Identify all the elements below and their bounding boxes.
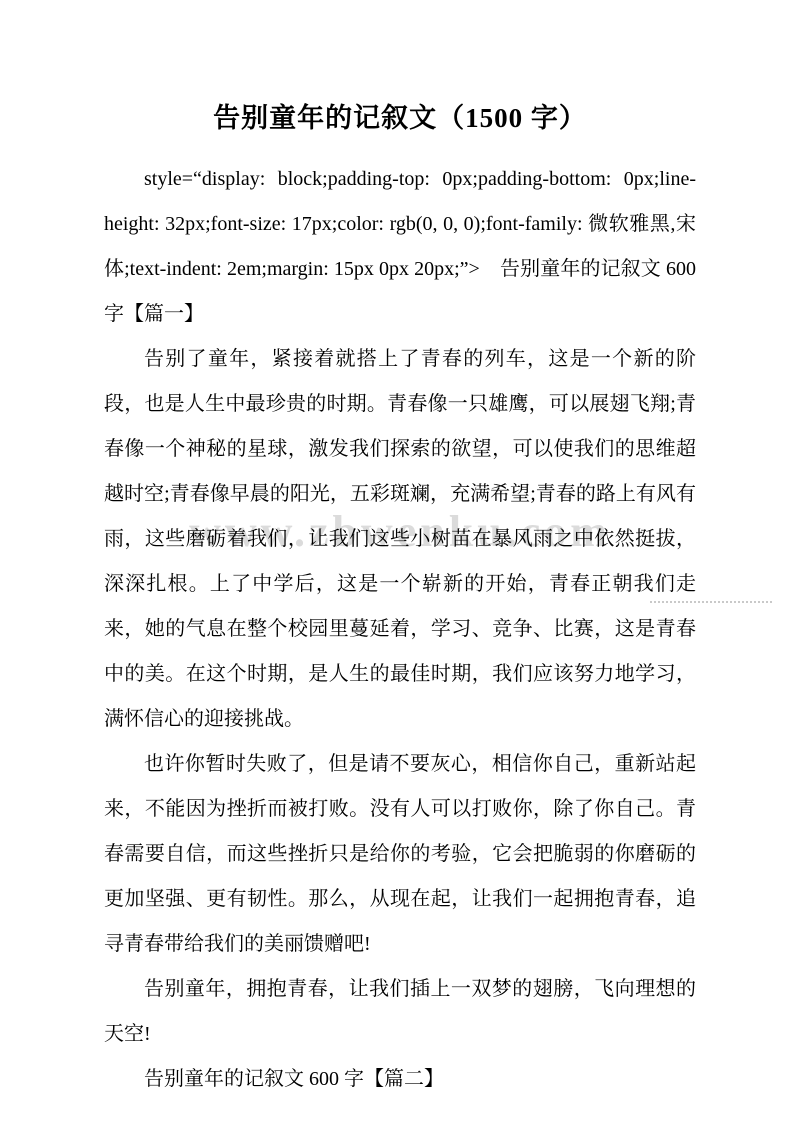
paragraph-essay-two-heading: 告别童年的记叙文 600 字【篇二】 <box>104 1057 696 1102</box>
document-body: style=“display: block;padding-top: 0px;p… <box>104 157 696 1102</box>
document-page: www.zbwenku.com 告别童年的记叙文（1500 字） style=“… <box>0 0 800 1132</box>
paragraph-encouragement: 也许你暂时失败了，但是请不要灰心，相信你自己，重新站起来，不能因为挫折而被打败。… <box>104 742 696 967</box>
paragraph-essay-one-body: 告别了童年，紧接着就搭上了青春的列车，这是一个新的阶段，也是人生中最珍贵的时期。… <box>104 337 696 742</box>
page-title: 告别童年的记叙文（1500 字） <box>0 0 800 135</box>
paragraph-style-code: style=“display: block;padding-top: 0px;p… <box>104 157 696 337</box>
paragraph-closing: 告别童年，拥抱青春，让我们插上一双梦的翅膀，飞向理想的天空! <box>104 967 696 1057</box>
